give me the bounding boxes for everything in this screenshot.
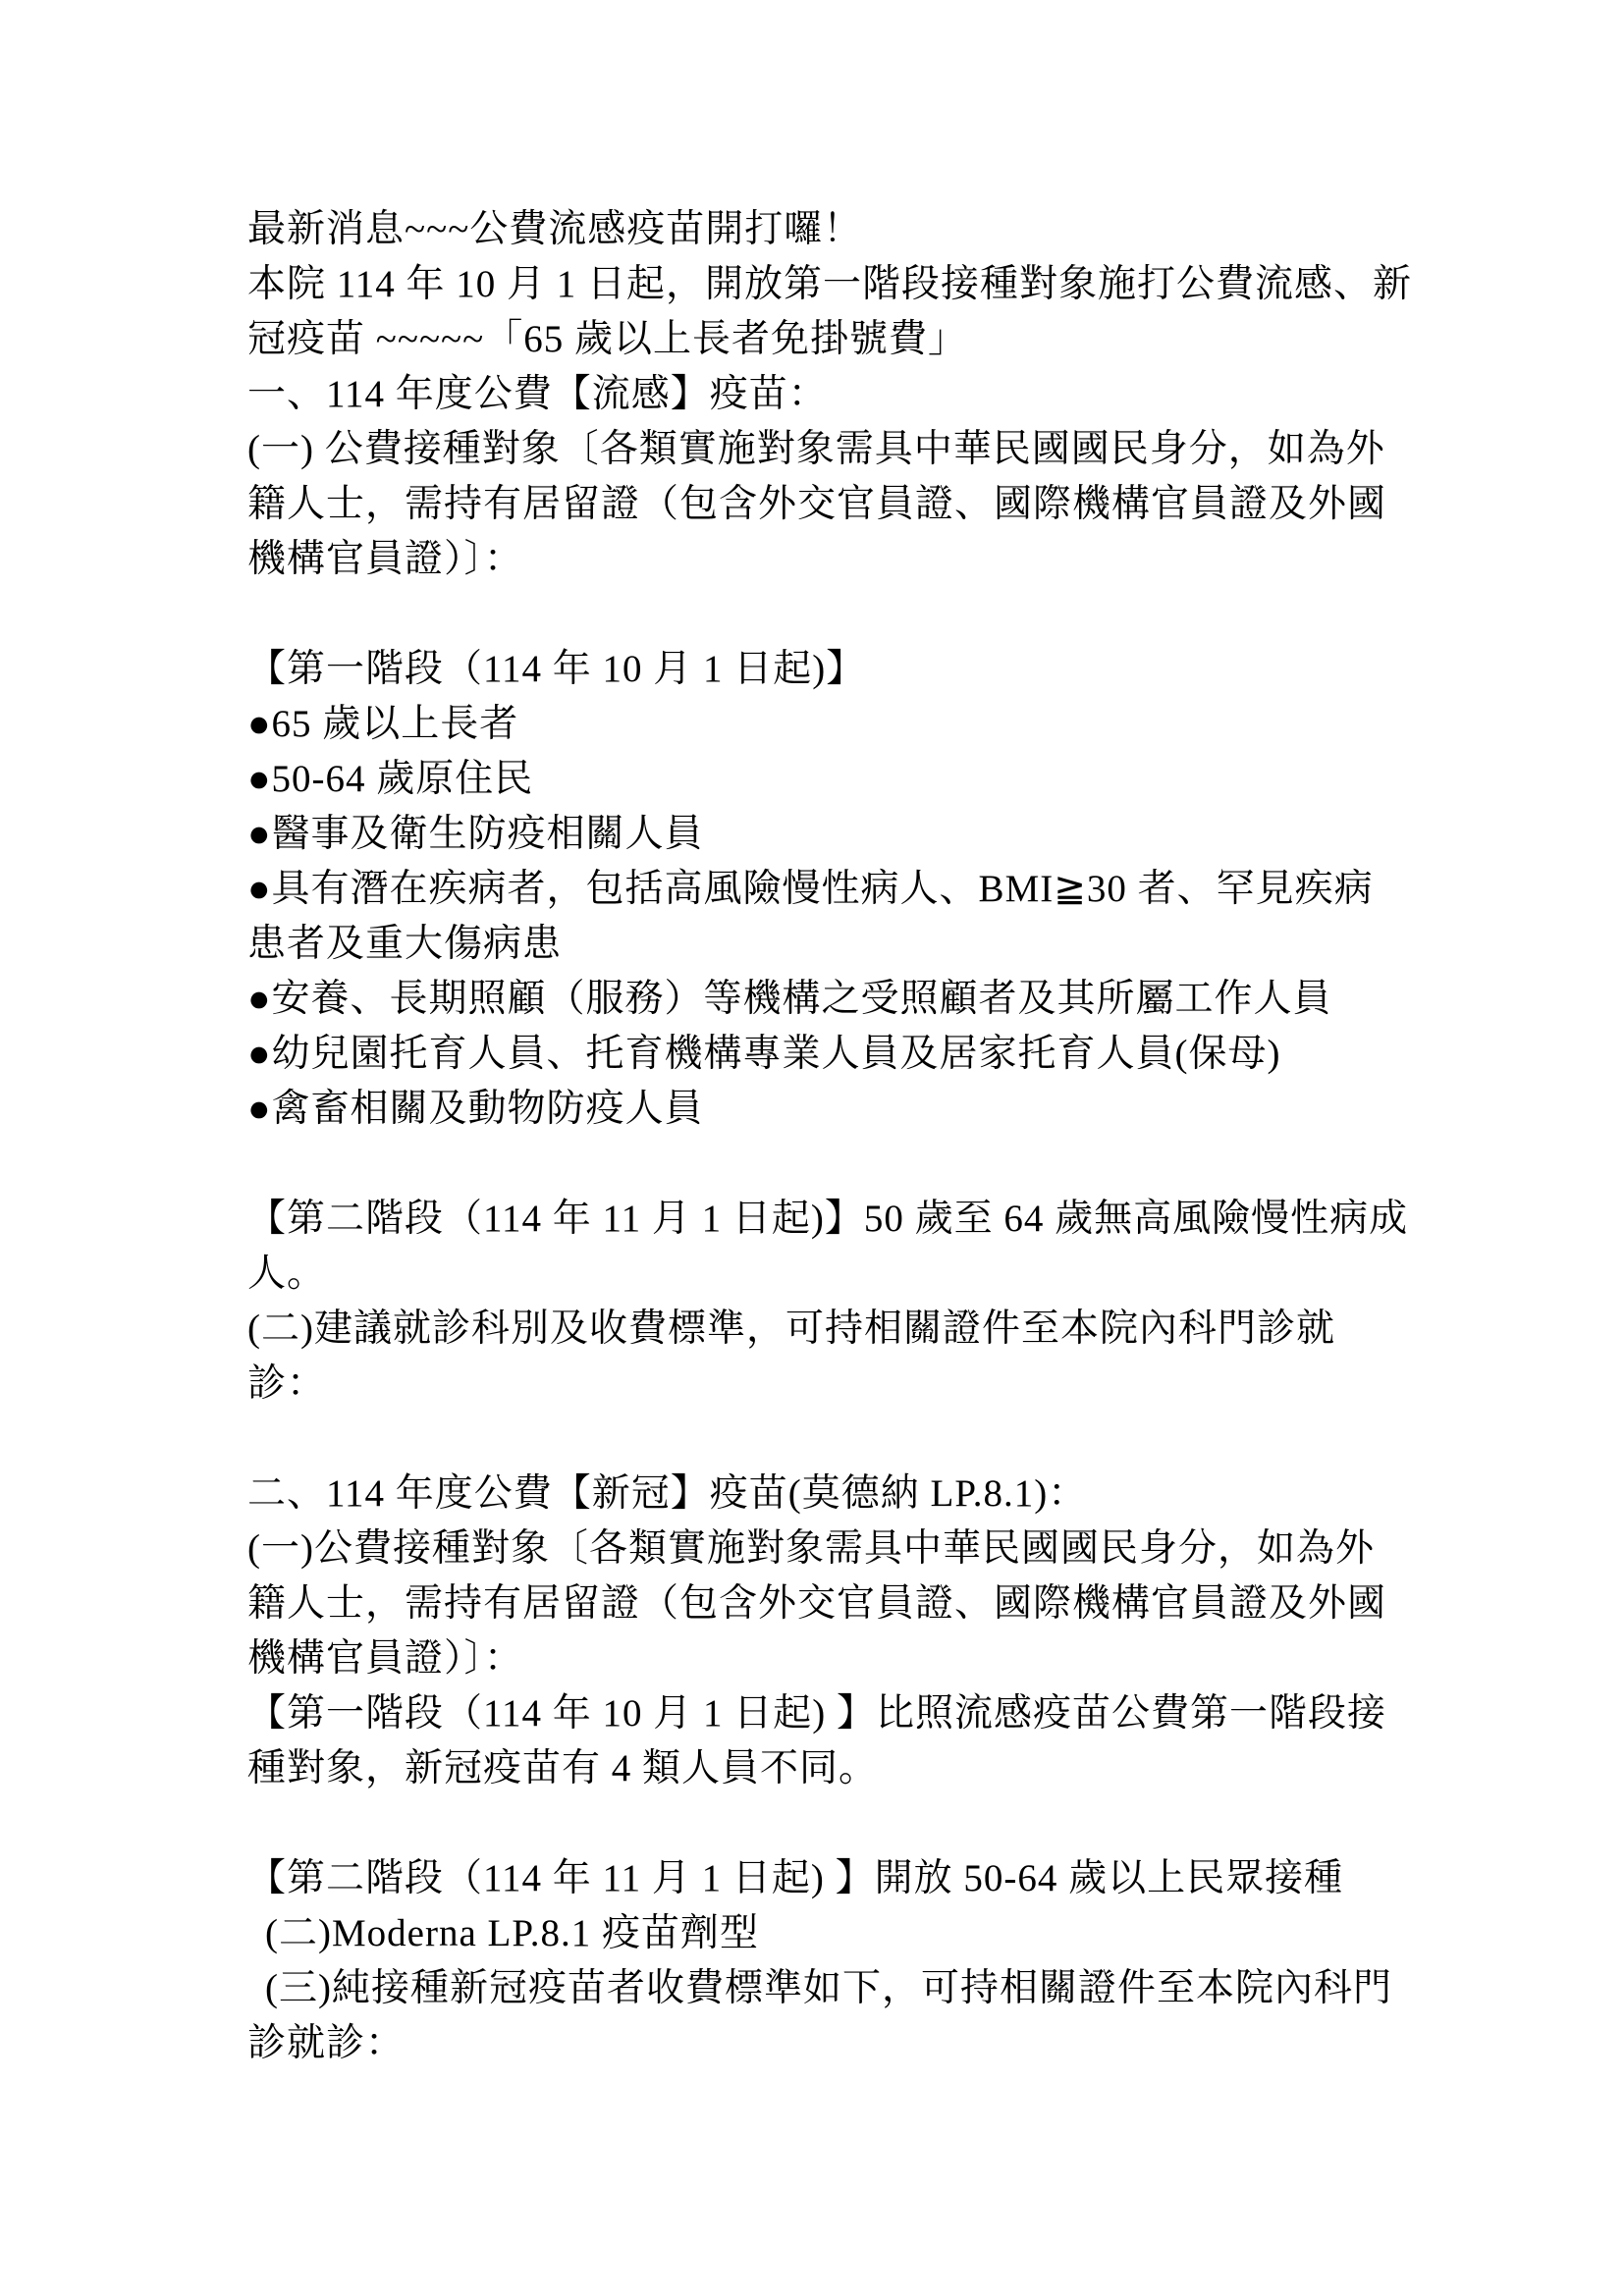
text-line: 患者及重大傷病患 — [247, 917, 1388, 972]
news-headline-line: 最新消息~~~公費流感疫苗開打囉！ — [247, 202, 1388, 257]
text-line: 機構官員證）〕： — [247, 532, 1388, 587]
bullet-item-line: ●幼兒園托育人員、托育機構專業人員及居家托育人員(保母) — [247, 1027, 1388, 1082]
blank-line — [247, 587, 1388, 642]
text-line: 本院 114 年 10 月 1 日起，開放第一階段接種對象施打公費流感、新 — [247, 257, 1388, 312]
text-line: (一) 公費接種對象〔各類實施對象需具中華民國國民身分，如為外 — [247, 422, 1388, 477]
bullet-item-line: ●65 歲以上長者 — [247, 697, 1388, 752]
text-line: (一)公費接種對象〔各類實施對象需具中華民國國民身分，如為外 — [247, 1522, 1388, 1576]
bullet-item-line: ●醫事及衛生防疫相關人員 — [247, 807, 1388, 862]
text-line: 種對象，新冠疫苗有 4 類人員不同。 — [247, 1741, 1388, 1796]
section-heading-flu-line: 一、114 年度公費【流感】疫苗： — [247, 367, 1388, 422]
blank-line — [247, 1137, 1388, 1192]
blank-line — [247, 1796, 1388, 1851]
stage-heading-line: 【第二階段（114 年 11 月 1 日起)】50 歲至 64 歲無高風險慢性病… — [247, 1192, 1388, 1247]
bullet-item-line: ●具有潛在疾病者，包括高風險慢性病人、BMI≧30 者、罕見疾病 — [247, 862, 1388, 917]
text-line: 機構官員證）〕： — [247, 1631, 1388, 1686]
text-line: 人。 — [247, 1247, 1388, 1302]
stage-heading-line: 【第一階段（114 年 10 月 1 日起) 】比照流感疫苗公費第一階段接 — [247, 1686, 1388, 1741]
bullet-item-line: ●禽畜相關及動物防疫人員 — [247, 1082, 1388, 1137]
text-line: (二)建議就診科別及收費標準，可持相關證件至本院內科門診就 — [247, 1302, 1388, 1357]
stage-heading-line: 【第一階段（114 年 10 月 1 日起)】 — [247, 642, 1388, 697]
section-heading-covid-line: 二、114 年度公費【新冠】疫苗(莫德納 LP.8.1)： — [247, 1467, 1388, 1522]
blank-line — [247, 1412, 1388, 1467]
text-line: 診： — [247, 1357, 1388, 1412]
text-line: 診就診： — [247, 2016, 1388, 2071]
text-line: (二)Moderna LP.8.1 疫苗劑型 — [247, 1906, 1388, 1961]
bullet-item-line: ●安養、長期照顧（服務）等機構之受照顧者及其所屬工作人員 — [247, 972, 1388, 1027]
bullet-item-line: ●50-64 歲原住民 — [247, 752, 1388, 807]
document-page: 最新消息~~~公費流感疫苗開打囉！ 本院 114 年 10 月 1 日起，開放第… — [0, 0, 1624, 2296]
text-line: 籍人士，需持有居留證（包含外交官員證、國際機構官員證及外國 — [247, 477, 1388, 532]
stage-heading-line: 【第二階段（114 年 11 月 1 日起) 】開放 50-64 歲以上民眾接種 — [247, 1851, 1388, 1906]
text-line: 籍人士，需持有居留證（包含外交官員證、國際機構官員證及外國 — [247, 1576, 1388, 1631]
text-line: 冠疫苗 ~~~~~「65 歲以上長者免掛號費」 — [247, 312, 1388, 367]
text-line: (三)純接種新冠疫苗者收費標準如下，可持相關證件至本院內科門 — [247, 1961, 1388, 2016]
